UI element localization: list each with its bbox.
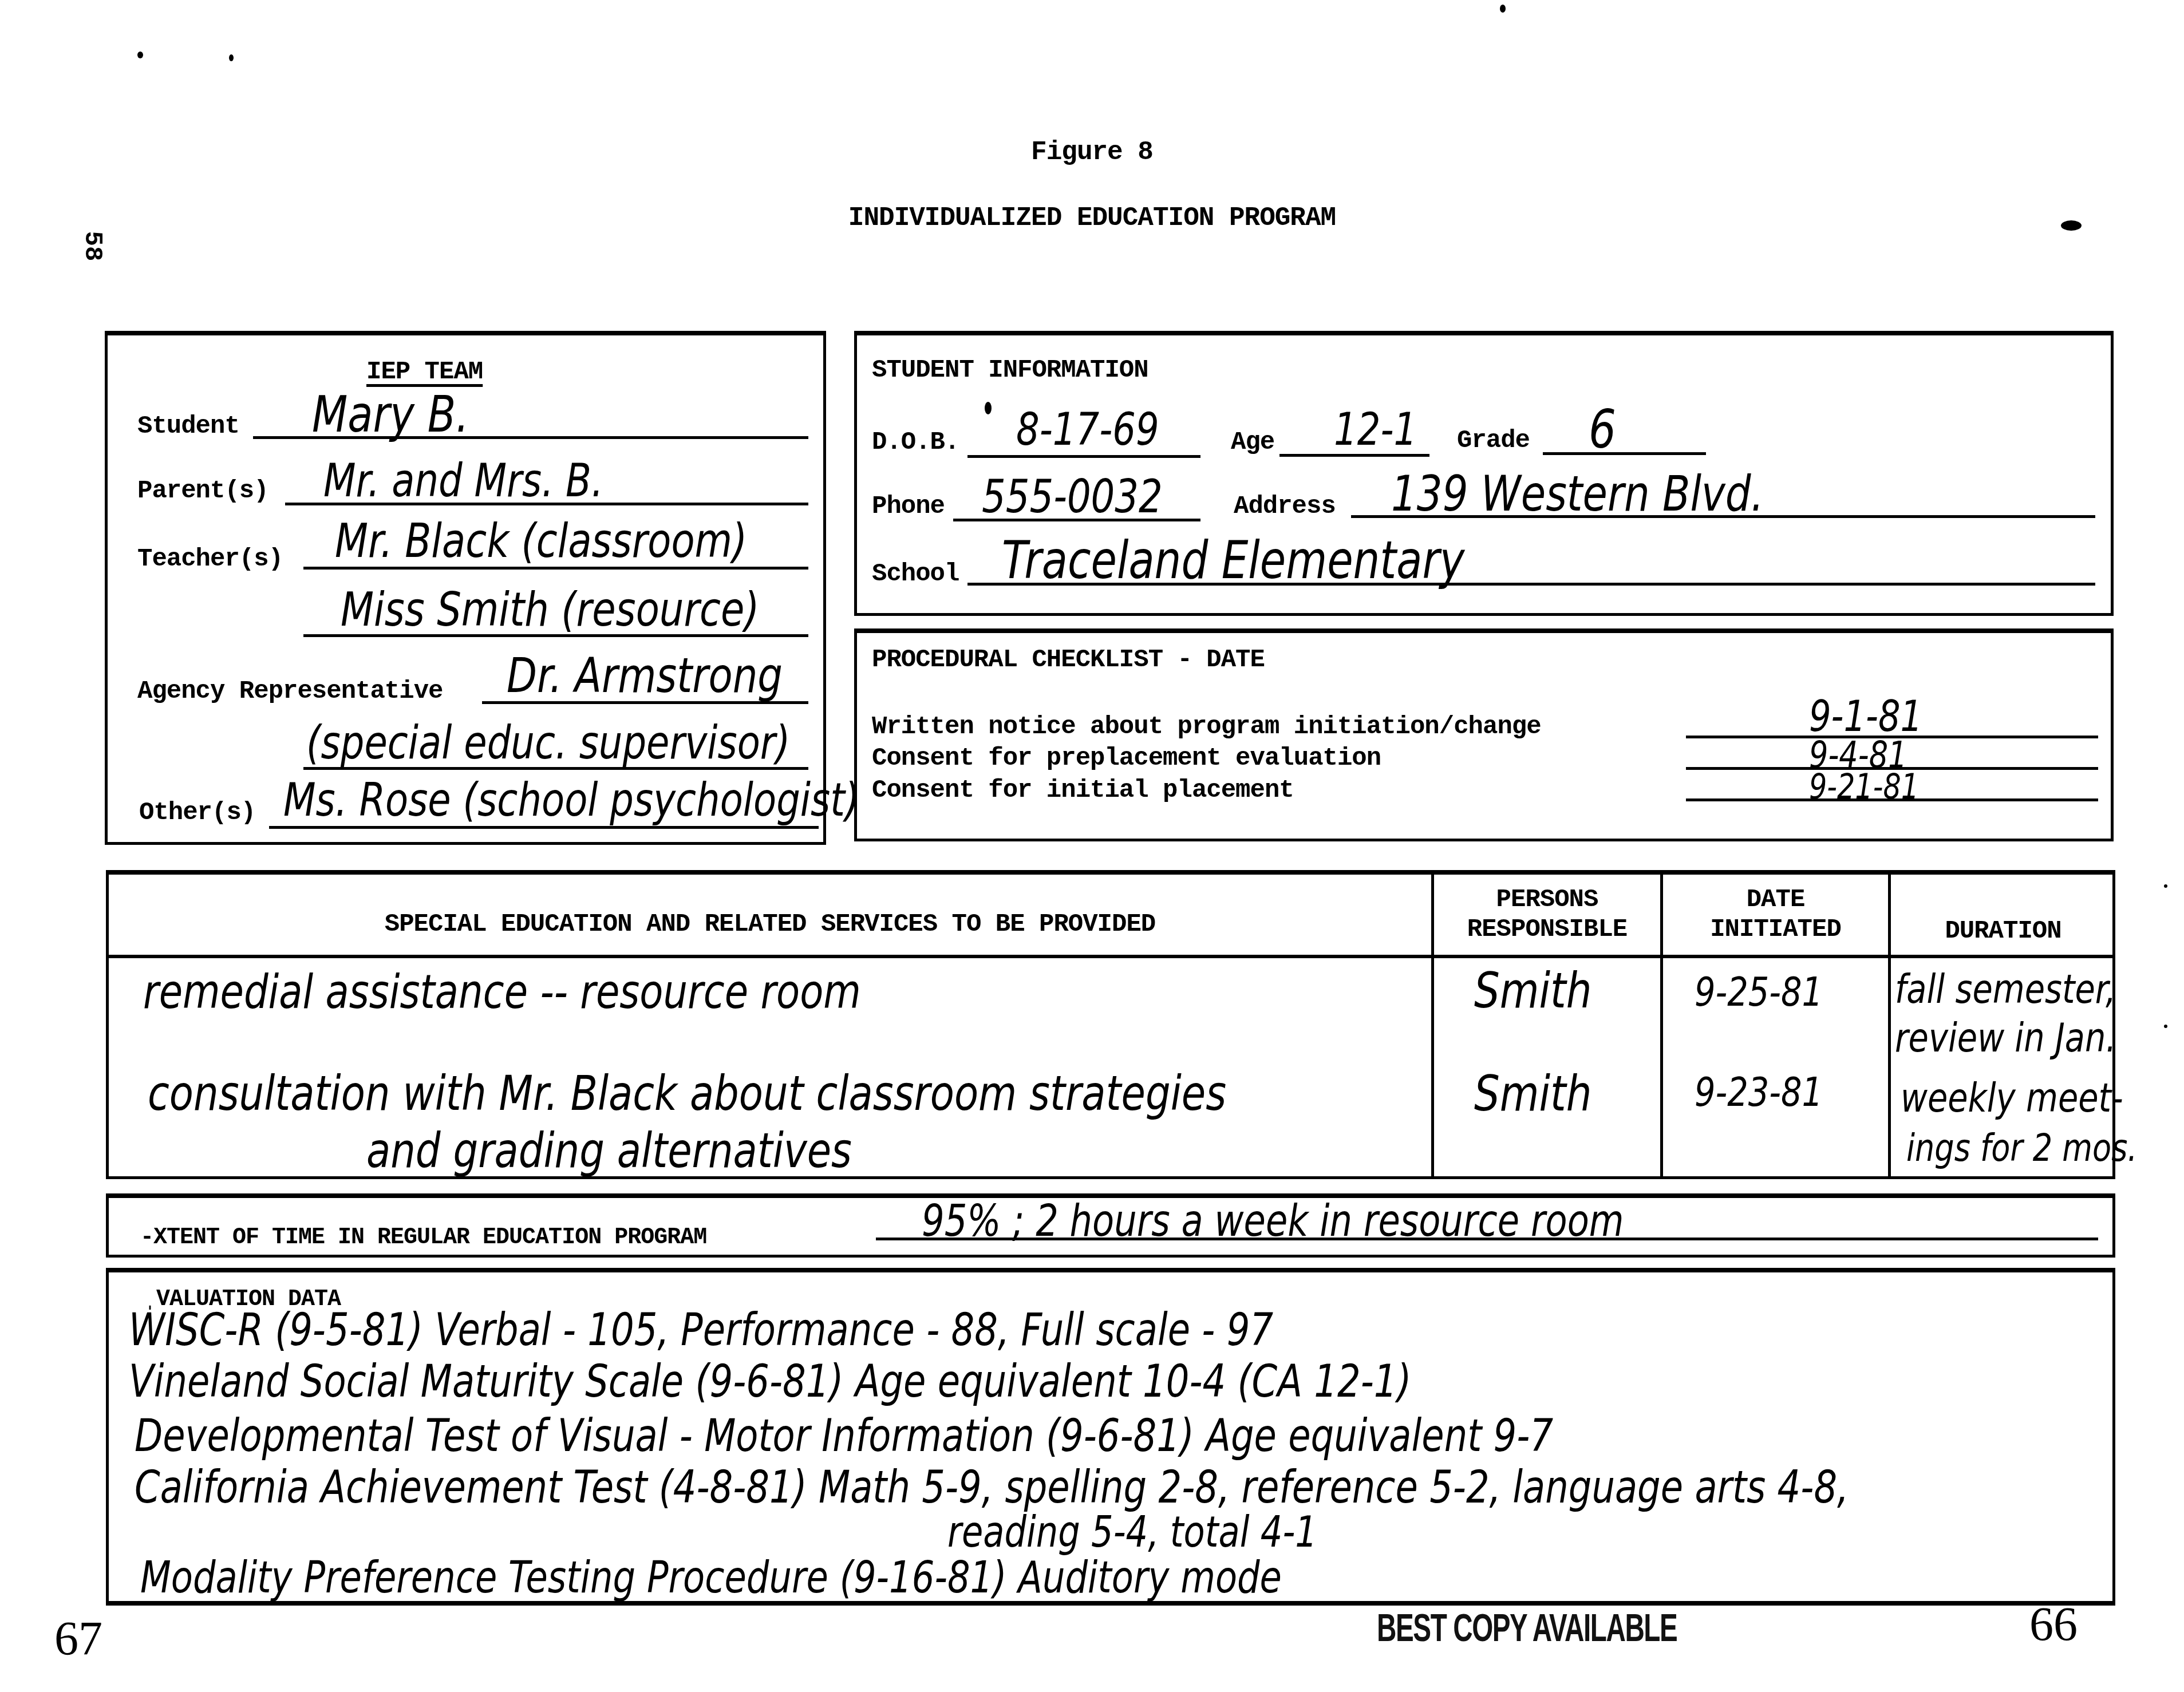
checklist-underline-3 xyxy=(1686,798,2098,801)
duration-cell-line2[interactable]: review in Jan. xyxy=(1895,1018,2116,1058)
footer-page-number-right: 66 xyxy=(2029,1597,2078,1653)
header-persons-line1: PERSONS xyxy=(1434,885,1660,915)
agency-field-2[interactable]: (special educ. supervisor) xyxy=(306,720,790,766)
teacher-field-2[interactable]: Miss Smith (resource) xyxy=(341,587,760,634)
grade-label: Grade xyxy=(1457,426,1530,455)
school-field[interactable]: Traceland Elementary xyxy=(1002,535,1464,587)
student-underline xyxy=(253,436,808,439)
teacher-field-1[interactable]: Mr. Black (classroom) xyxy=(335,518,747,565)
student-label: Student xyxy=(137,412,239,441)
address-field[interactable]: 139 Western Blvd. xyxy=(1391,469,1764,519)
header-date-initiated: DATE INITIATED xyxy=(1663,885,1888,944)
student-name-field[interactable]: Mary B. xyxy=(312,389,469,440)
evaluation-line-vineland[interactable]: Vineland Social Maturity Scale (9-6-81) … xyxy=(129,1359,1411,1404)
dob-underline xyxy=(967,455,1200,458)
service-cell[interactable]: consultation with Mr. Black about classr… xyxy=(148,1069,1226,1117)
date-cell[interactable]: 9-23-81 xyxy=(1695,1072,1823,1112)
others-underline xyxy=(269,826,819,829)
header-duration: DURATION xyxy=(1891,917,2115,946)
extent-field[interactable]: 95% ; 2 hours a week in resource room xyxy=(922,1199,1624,1243)
person-cell[interactable]: Smith xyxy=(1474,1069,1591,1118)
agency-underline-1 xyxy=(482,701,808,704)
evaluation-line-developmental[interactable]: Developmental Test of Visual - Motor Inf… xyxy=(135,1414,1553,1458)
evaluation-line-wisc[interactable]: WISC-R (9-5-81) Verbal - 105, Performanc… xyxy=(129,1308,1273,1353)
header-persons-line2: RESPONSIBLE xyxy=(1434,915,1660,944)
header-services: SPECIAL EDUCATION AND RELATED SERVICES T… xyxy=(109,910,1431,939)
phone-underline xyxy=(953,519,1200,521)
header-divider xyxy=(109,955,2112,958)
teachers-label: Teacher(s) xyxy=(137,545,283,574)
asterisk-mark xyxy=(985,402,992,414)
person-cell[interactable]: Smith xyxy=(1474,966,1591,1015)
age-field[interactable]: 12-1 xyxy=(1334,408,1417,452)
parents-underline xyxy=(285,503,808,505)
iep-team-heading: IEP TEAM xyxy=(366,358,483,386)
scan-smudge xyxy=(2061,220,2082,231)
teacher-underline-1 xyxy=(303,567,808,570)
grade-underline xyxy=(1543,452,1706,455)
grade-field[interactable]: 6 xyxy=(1589,404,1616,456)
school-underline xyxy=(967,583,2095,586)
service-cell-continued[interactable]: and grading alternatives xyxy=(366,1126,852,1175)
scan-speck xyxy=(1500,5,1506,13)
others-field[interactable]: Ms. Rose (school psychologist) xyxy=(283,777,859,823)
dob-label: D.O.B. xyxy=(872,428,959,457)
teacher-underline-2 xyxy=(303,634,808,637)
others-label: Other(s) xyxy=(139,798,255,827)
agency-underline-2 xyxy=(303,767,808,770)
services-table: SPECIAL EDUCATION AND RELATED SERVICES T… xyxy=(106,870,2115,1179)
evaluation-line-california[interactable]: California Achievement Test (4-8-81) Mat… xyxy=(135,1465,1849,1510)
evaluation-line-modality[interactable]: Modality Preference Testing Procedure (9… xyxy=(140,1556,1282,1599)
footer-page-number-left: 67 xyxy=(54,1611,102,1667)
address-underline xyxy=(1351,515,2095,518)
parents-label: Parent(s) xyxy=(137,477,268,505)
school-label: School xyxy=(872,560,959,588)
figure-label: Figure 8 xyxy=(0,137,2184,167)
checklist-date-1[interactable]: 9-1-81 xyxy=(1809,695,1922,738)
dob-field[interactable]: 8-17-69 xyxy=(1016,408,1159,452)
duration-cell-line2[interactable]: ings for 2 mos. xyxy=(1906,1129,2138,1167)
scan-speck xyxy=(229,54,234,61)
duration-cell-line1[interactable]: fall semester, xyxy=(1895,969,2116,1009)
extent-underline xyxy=(876,1238,2098,1240)
age-underline xyxy=(1279,454,1429,457)
scan-speck xyxy=(137,52,143,58)
scan-speck xyxy=(2164,884,2167,888)
address-label: Address xyxy=(1234,492,1336,521)
age-label: Age xyxy=(1231,428,1274,457)
duration-cell-line1[interactable]: weekly meet- xyxy=(1901,1078,2123,1118)
scan-speck xyxy=(2164,1025,2167,1028)
evaluation-line-california-cont[interactable]: reading 5-4, total 4-1 xyxy=(947,1511,1317,1553)
phone-label: Phone xyxy=(872,492,945,521)
student-info-heading: STUDENT INFORMATION xyxy=(872,356,1148,385)
header-date-line2: INITIATED xyxy=(1663,915,1888,944)
header-persons-responsible: PERSONS RESPONSIBLE xyxy=(1434,885,1660,944)
agency-field-1[interactable]: Dr. Armstrong xyxy=(507,651,783,699)
checklist-heading: PROCEDURAL CHECKLIST - DATE xyxy=(872,646,1265,674)
side-page-number: 58 xyxy=(78,231,106,262)
parents-field[interactable]: Mr. and Mrs. B. xyxy=(323,458,603,504)
phone-field[interactable]: 555-0032 xyxy=(982,474,1163,520)
best-copy-stamp: BEST COPY AVAILABLE xyxy=(1377,1606,1677,1650)
page-title: INDIVIDUALIZED EDUCATION PROGRAM xyxy=(0,203,2184,233)
extent-label: ‐XTENT OF TIME IN REGULAR EDUCATION PROG… xyxy=(140,1225,706,1251)
checklist-item-written-notice: Written notice about program initiation/… xyxy=(872,713,1541,741)
agency-label: Agency Representative xyxy=(137,677,443,706)
service-cell[interactable]: remedial assistance -- resource room xyxy=(143,969,861,1016)
checklist-item-preplacement: Consent for preplacement evaluation xyxy=(872,744,1381,773)
header-date-line1: DATE xyxy=(1663,885,1888,915)
date-cell[interactable]: 9-25-81 xyxy=(1695,972,1823,1012)
checklist-item-initial-placement: Consent for initial placement xyxy=(872,776,1294,805)
